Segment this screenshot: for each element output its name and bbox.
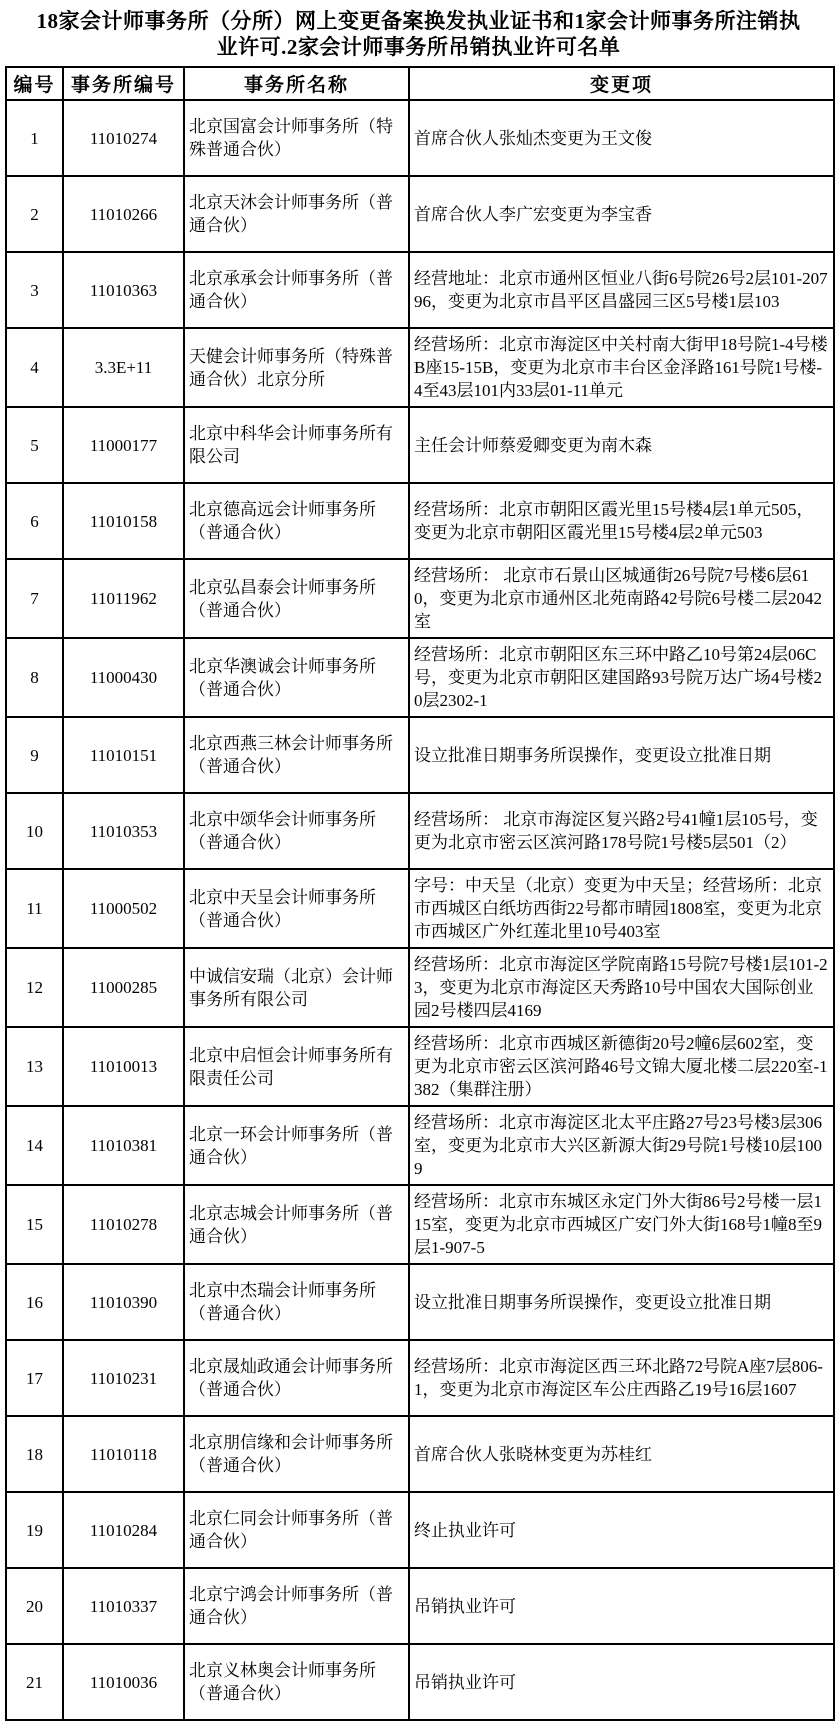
column-header-firm-name: 事务所名称 [184, 67, 409, 100]
page-title: 18家会计师事务所（分所）网上变更备案换发执业证书和1家会计师事务所注销执业许可… [0, 6, 837, 64]
change-item-cell: 首席合伙人张灿杰变更为王文俊 [409, 100, 834, 176]
table-row: 21 11010036 北京义林奥会计师事务所（普通合伙） 吊销执业许可 [6, 1644, 834, 1720]
change-item-cell: 主任会计师蔡爱卿变更为南木森 [409, 407, 834, 483]
change-item-cell: 吊销执业许可 [409, 1568, 834, 1644]
firm-code-cell: 11010231 [63, 1340, 184, 1416]
firm-code-cell: 11010353 [63, 793, 184, 869]
row-number-cell: 12 [6, 948, 63, 1027]
table-row: 1 11010274 北京国富会计师事务所（特殊普通合伙） 首席合伙人张灿杰变更… [6, 100, 834, 176]
change-item-cell: 经营场所：北京市海淀区西三环北路72号院A座7层806-1，变更为北京市海淀区车… [409, 1340, 834, 1416]
row-number-cell: 6 [6, 483, 63, 559]
firm-code-cell: 11000177 [63, 407, 184, 483]
firm-name-cell: 北京中启恒会计师事务所有限责任公司 [184, 1027, 409, 1106]
firm-name-cell: 北京国富会计师事务所（特殊普通合伙） [184, 100, 409, 176]
table-row: 15 11010278 北京志城会计师事务所（普通合伙） 经营场所：北京市东城区… [6, 1185, 834, 1264]
change-item-cell: 终止执业许可 [409, 1492, 834, 1568]
row-number-cell: 17 [6, 1340, 63, 1416]
table-row: 3 11010363 北京承承会计师事务所（普通合伙） 经营地址：北京市通州区恒… [6, 252, 834, 328]
table-row: 18 11010118 北京朋信缘和会计师事务所（普通合伙） 首席合伙人张晓林变… [6, 1416, 834, 1492]
firm-code-cell: 11000430 [63, 638, 184, 717]
row-number-cell: 19 [6, 1492, 63, 1568]
change-item-cell: 经营场所：北京市海淀区北太平庄路27号23号楼3层306室，变更为北京市大兴区新… [409, 1106, 834, 1185]
change-item-cell: 经营场所： 北京市石景山区城通街26号院7号楼6层610，变更为北京市通州区北苑… [409, 559, 834, 638]
firm-code-cell: 11010284 [63, 1492, 184, 1568]
table-row: 13 11010013 北京中启恒会计师事务所有限责任公司 经营场所：北京市西城… [6, 1027, 834, 1106]
change-item-cell: 经营场所：北京市西城区新德街20号2幢6层602室，变更为北京市密云区滨河路46… [409, 1027, 834, 1106]
firm-code-cell: 11010363 [63, 252, 184, 328]
document-page: 18家会计师事务所（分所）网上变更备案换发执业证书和1家会计师事务所注销执业许可… [0, 0, 837, 1721]
table-header-row: 编号 事务所编号 事务所名称 变更项 [6, 67, 834, 100]
firm-name-cell: 北京承承会计师事务所（普通合伙） [184, 252, 409, 328]
row-number-cell: 8 [6, 638, 63, 717]
change-item-cell: 经营场所：北京市朝阳区霞光里15号楼4层1单元505，变更为北京市朝阳区霞光里1… [409, 483, 834, 559]
row-number-cell: 20 [6, 1568, 63, 1644]
firm-name-cell: 北京晟灿政通会计师事务所（普通合伙） [184, 1340, 409, 1416]
column-header-firm-code: 事务所编号 [63, 67, 184, 100]
firm-name-cell: 北京朋信缘和会计师事务所（普通合伙） [184, 1416, 409, 1492]
table-row: 7 11011962 北京弘昌泰会计师事务所（普通合伙） 经营场所： 北京市石景… [6, 559, 834, 638]
firm-name-cell: 北京华澳诚会计师事务所（普通合伙） [184, 638, 409, 717]
table-row: 6 11010158 北京德高远会计师事务所（普通合伙） 经营场所：北京市朝阳区… [6, 483, 834, 559]
firm-code-cell: 11010390 [63, 1264, 184, 1340]
change-item-cell: 吊销执业许可 [409, 1644, 834, 1720]
firm-name-cell: 北京西燕三林会计师事务所（普通合伙） [184, 717, 409, 793]
table-header: 编号 事务所编号 事务所名称 变更项 [6, 67, 834, 100]
firm-name-cell: 北京德高远会计师事务所（普通合伙） [184, 483, 409, 559]
firm-change-table: 编号 事务所编号 事务所名称 变更项 1 11010274 北京国富会计师事务所… [5, 66, 835, 1721]
firm-code-cell: 11010158 [63, 483, 184, 559]
row-number-cell: 13 [6, 1027, 63, 1106]
table-row: 2 11010266 北京天沐会计师事务所（普通合伙） 首席合伙人李广宏变更为李… [6, 176, 834, 252]
change-item-cell: 经营场所：北京市东城区永定门外大街86号2号楼一层115室，变更为北京市西城区广… [409, 1185, 834, 1264]
row-number-cell: 16 [6, 1264, 63, 1340]
table-row: 16 11010390 北京中杰瑞会计师事务所（普通合伙） 设立批准日期事务所误… [6, 1264, 834, 1340]
table-row: 14 11010381 北京一环会计师事务所（普通合伙） 经营场所：北京市海淀区… [6, 1106, 834, 1185]
column-header-change-item: 变更项 [409, 67, 834, 100]
change-item-cell: 经营场所：北京市朝阳区东三环中路乙10号第24层06C号，变更为北京市朝阳区建国… [409, 638, 834, 717]
row-number-cell: 9 [6, 717, 63, 793]
table-body: 1 11010274 北京国富会计师事务所（特殊普通合伙） 首席合伙人张灿杰变更… [6, 100, 834, 1720]
firm-name-cell: 北京志城会计师事务所（普通合伙） [184, 1185, 409, 1264]
table-row: 4 3.3E+11 天健会计师事务所（特殊普通合伙）北京分所 经营场所：北京市海… [6, 328, 834, 407]
firm-name-cell: 北京弘昌泰会计师事务所（普通合伙） [184, 559, 409, 638]
table-row: 10 11010353 北京中颂华会计师事务所（普通合伙） 经营场所： 北京市海… [6, 793, 834, 869]
firm-name-cell: 北京义林奥会计师事务所（普通合伙） [184, 1644, 409, 1720]
change-item-cell: 字号：中天呈（北京）变更为中天呈；经营场所：北京市西城区白纸坊西街22号都市晴园… [409, 869, 834, 948]
row-number-cell: 14 [6, 1106, 63, 1185]
row-number-cell: 21 [6, 1644, 63, 1720]
firm-name-cell: 北京中科华会计师事务所有限公司 [184, 407, 409, 483]
firm-code-cell: 11010337 [63, 1568, 184, 1644]
firm-code-cell: 11000285 [63, 948, 184, 1027]
row-number-cell: 15 [6, 1185, 63, 1264]
firm-code-cell: 11010266 [63, 176, 184, 252]
row-number-cell: 5 [6, 407, 63, 483]
firm-name-cell: 北京宁鸿会计师事务所（普通合伙） [184, 1568, 409, 1644]
change-item-cell: 经营地址：北京市通州区恒业八街6号院26号2层101-20796，变更为北京市昌… [409, 252, 834, 328]
firm-name-cell: 天健会计师事务所（特殊普通合伙）北京分所 [184, 328, 409, 407]
firm-code-cell: 11011962 [63, 559, 184, 638]
change-item-cell: 经营场所：北京市海淀区学院南路15号院7号楼1层101-23，变更为北京市海淀区… [409, 948, 834, 1027]
row-number-cell: 11 [6, 869, 63, 948]
row-number-cell: 3 [6, 252, 63, 328]
firm-code-cell: 11010278 [63, 1185, 184, 1264]
table-row: 9 11010151 北京西燕三林会计师事务所（普通合伙） 设立批准日期事务所误… [6, 717, 834, 793]
row-number-cell: 4 [6, 328, 63, 407]
firm-code-cell: 11010381 [63, 1106, 184, 1185]
firm-name-cell: 北京中天呈会计师事务所（普通合伙） [184, 869, 409, 948]
table-row: 17 11010231 北京晟灿政通会计师事务所（普通合伙） 经营场所：北京市海… [6, 1340, 834, 1416]
firm-name-cell: 北京中杰瑞会计师事务所（普通合伙） [184, 1264, 409, 1340]
firm-name-cell: 北京天沐会计师事务所（普通合伙） [184, 176, 409, 252]
firm-name-cell: 北京仁同会计师事务所（普通合伙） [184, 1492, 409, 1568]
table-row: 12 11000285 中诚信安瑞（北京）会计师事务所有限公司 经营场所：北京市… [6, 948, 834, 1027]
firm-code-cell: 11010151 [63, 717, 184, 793]
firm-code-cell: 11010274 [63, 100, 184, 176]
change-item-cell: 设立批准日期事务所误操作，变更设立批准日期 [409, 717, 834, 793]
firm-code-cell: 11010118 [63, 1416, 184, 1492]
table-row: 11 11000502 北京中天呈会计师事务所（普通合伙） 字号：中天呈（北京）… [6, 869, 834, 948]
change-item-cell: 经营场所：北京市海淀区中关村南大街甲18号院1-4号楼B座15-15B，变更为北… [409, 328, 834, 407]
change-item-cell: 经营场所： 北京市海淀区复兴路2号41幢1层105号，变更为北京市密云区滨河路1… [409, 793, 834, 869]
firm-name-cell: 北京一环会计师事务所（普通合伙） [184, 1106, 409, 1185]
table-row: 5 11000177 北京中科华会计师事务所有限公司 主任会计师蔡爱卿变更为南木… [6, 407, 834, 483]
firm-name-cell: 北京中颂华会计师事务所（普通合伙） [184, 793, 409, 869]
firm-code-cell: 11010036 [63, 1644, 184, 1720]
row-number-cell: 1 [6, 100, 63, 176]
firm-name-cell: 中诚信安瑞（北京）会计师事务所有限公司 [184, 948, 409, 1027]
table-row: 20 11010337 北京宁鸿会计师事务所（普通合伙） 吊销执业许可 [6, 1568, 834, 1644]
change-item-cell: 首席合伙人李广宏变更为李宝香 [409, 176, 834, 252]
table-row: 19 11010284 北京仁同会计师事务所（普通合伙） 终止执业许可 [6, 1492, 834, 1568]
table-row: 8 11000430 北京华澳诚会计师事务所（普通合伙） 经营场所：北京市朝阳区… [6, 638, 834, 717]
change-item-cell: 设立批准日期事务所误操作，变更设立批准日期 [409, 1264, 834, 1340]
row-number-cell: 2 [6, 176, 63, 252]
firm-code-cell: 11000502 [63, 869, 184, 948]
column-header-number: 编号 [6, 67, 63, 100]
row-number-cell: 18 [6, 1416, 63, 1492]
row-number-cell: 10 [6, 793, 63, 869]
change-item-cell: 首席合伙人张晓林变更为苏桂红 [409, 1416, 834, 1492]
row-number-cell: 7 [6, 559, 63, 638]
firm-code-cell: 11010013 [63, 1027, 184, 1106]
firm-code-cell: 3.3E+11 [63, 328, 184, 407]
